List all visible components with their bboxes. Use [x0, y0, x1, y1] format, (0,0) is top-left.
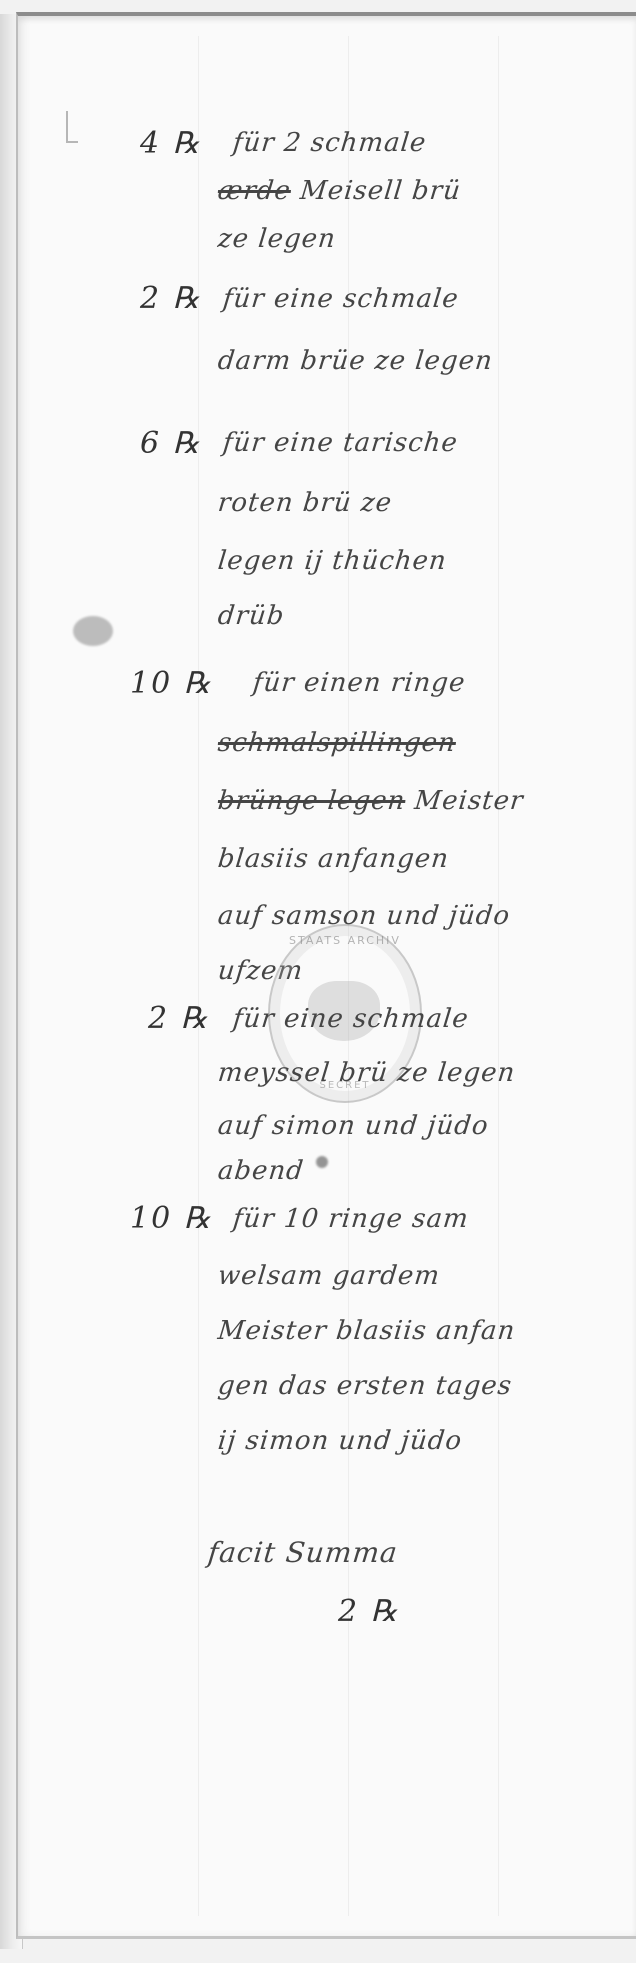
entry-line: meyssel brü ze legen: [216, 1058, 516, 1088]
total-label: facit Summa: [206, 1536, 399, 1569]
entry-amount: 2 ℞: [148, 1001, 210, 1036]
total-amount: 2 ℞: [338, 1594, 400, 1629]
entry-line: blasiis anfangen: [216, 844, 450, 874]
entry-text: Meister: [413, 786, 525, 816]
entry-line: roten brü ze: [216, 488, 393, 518]
entry-line: brünge legen Meister: [216, 786, 525, 816]
struck-text: ærde: [216, 176, 292, 206]
paper-fold-line: [198, 36, 199, 1916]
struck-text: brünge legen: [216, 786, 406, 816]
ink-dot: [316, 1156, 328, 1168]
margin-mark: [66, 111, 78, 143]
entry-amount: 6 ℞: [140, 426, 202, 461]
entry-line: welsam gardem: [216, 1261, 441, 1291]
entry-line: ærde Meisell brü: [216, 176, 462, 206]
entry-line: für eine schmale: [221, 284, 460, 314]
manuscript-page: 4 ℞ für 2 schmale ærde Meisell brü ze le…: [16, 12, 636, 1939]
entry-line: abend: [216, 1156, 305, 1186]
entry-line: gen das ersten tages: [216, 1371, 513, 1401]
entry-line: legen ij thüchen: [216, 546, 448, 576]
entry-amount: 10 ℞: [130, 666, 213, 701]
seal-top-text: STAATS ARCHIV: [270, 934, 420, 947]
entry-line: für 2 schmale: [231, 128, 428, 158]
entry-line: ze legen: [216, 224, 337, 254]
entry-text: Meisell brü: [299, 176, 463, 206]
entry-line: darm brüe ze legen: [216, 346, 494, 376]
entry-line: für eine tarische: [221, 428, 459, 458]
entry-amount: 4 ℞: [140, 126, 202, 161]
entry-line: Meister blasiis anfan: [216, 1316, 517, 1346]
paper-fold-line: [498, 36, 499, 1916]
entry-line: auf simon und jüdo: [216, 1111, 490, 1141]
struck-line: schmalspillingen: [216, 728, 457, 758]
entry-amount: 2 ℞: [140, 281, 202, 316]
ink-blot: [73, 616, 113, 646]
entry-amount: 10 ℞: [130, 1201, 213, 1236]
entry-line: für einen ringe: [251, 668, 467, 698]
entry-line: drüb: [216, 601, 286, 631]
entry-line: ij simon und jüdo: [216, 1426, 463, 1456]
entry-line: für 10 ringe sam: [231, 1204, 470, 1234]
entry-line: für eine schmale: [231, 1004, 470, 1034]
